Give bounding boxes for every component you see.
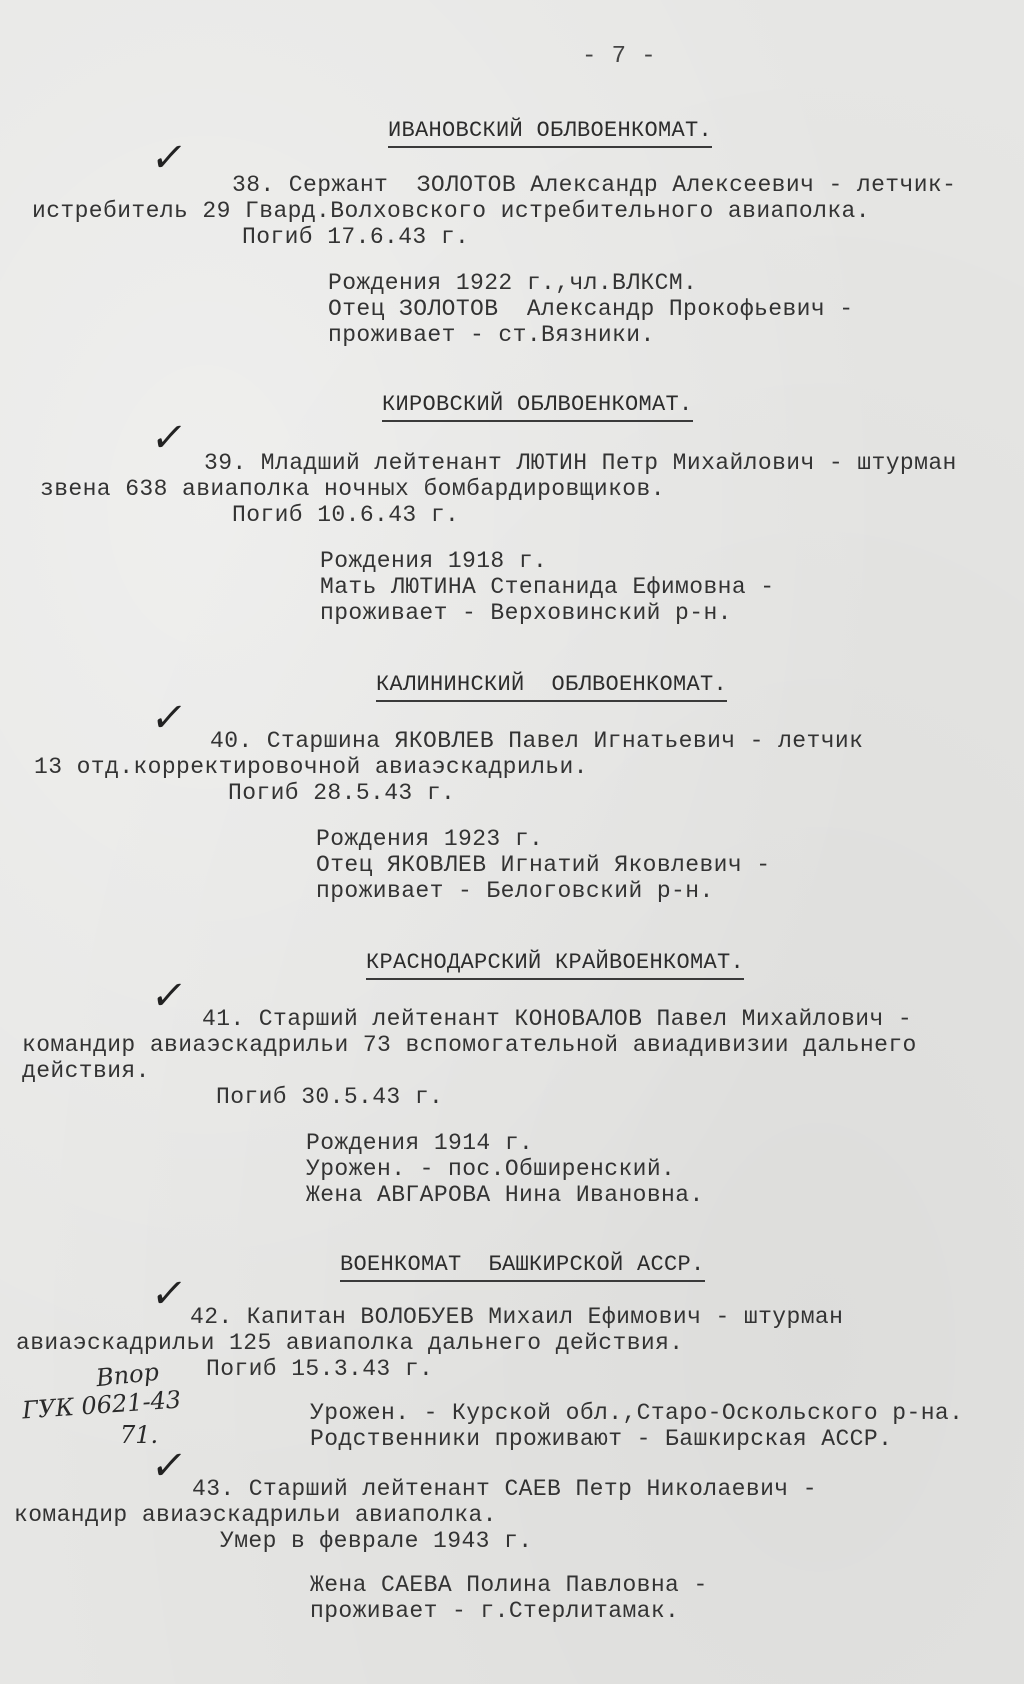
entry-38-line1: 38. Сержант ЗОЛОТОВ Александр Алексеевич… <box>232 172 956 198</box>
entry-38-detail-3: проживает - ст.Вязники. <box>328 322 655 348</box>
section-heading-kirov: КИРОВСКИЙ ОБЛВОЕНКОМАТ. <box>382 392 693 422</box>
entry-41-detail-2: Урожен. - пос.Обширенский. <box>306 1156 675 1182</box>
entry-41-line2b: действия. <box>22 1058 150 1084</box>
check-mark-icon: ✓ <box>148 976 189 1016</box>
entry-42-line1: 42. Капитан ВОЛОБУЕВ Михаил Ефимович - ш… <box>190 1304 843 1330</box>
entry-39-detail-2: Мать ЛЮТИНА Степанида Ефимовна - <box>320 574 774 600</box>
entry-41-line1: 41. Старший лейтенант КОНОВАЛОВ Павел Ми… <box>202 1006 912 1032</box>
entry-40-line1: 40. Старшина ЯКОВЛЕВ Павел Игнатьевич - … <box>210 728 863 754</box>
entry-39-death: Погиб 10.6.43 г. <box>232 502 459 528</box>
entry-43-detail-1: Жена САЕВА Полина Павловна - <box>310 1572 708 1598</box>
entry-39-detail-3: проживает - Верховинский р-н. <box>320 600 732 626</box>
entry-40-line2: 13 отд.корректировочной авиаэскадрильи. <box>34 754 588 780</box>
handwritten-note-line3: 71. <box>120 1422 158 1448</box>
entry-40-detail-2: Отец ЯКОВЛЕВ Игнатий Яковлевич - <box>316 852 770 878</box>
entry-43-line1: 43. Старший лейтенант САЕВ Петр Николаев… <box>192 1476 817 1502</box>
handwritten-note-line1: Впор <box>95 1359 160 1391</box>
entry-40-detail-3: проживает - Белоговский р-н. <box>316 878 714 904</box>
section-heading-bashkir: ВОЕНКОМАТ БАШКИРСКОЙ АССР. <box>340 1252 705 1282</box>
check-mark-icon: ✓ <box>148 418 189 458</box>
entry-41-detail-1: Рождения 1914 г. <box>306 1130 533 1156</box>
section-heading-krasnodar: КРАСНОДАРСКИЙ КРАЙВОЕНКОМАТ. <box>366 950 744 980</box>
entry-39-line1: 39. Младший лейтенант ЛЮТИН Петр Михайло… <box>204 450 957 476</box>
check-mark-icon: ✓ <box>148 1446 189 1486</box>
entry-38-line2: истребитель 29 Гвард.Волховского истреби… <box>32 198 870 224</box>
entry-40-death: Погиб 28.5.43 г. <box>228 780 455 806</box>
section-heading-kalinin: КАЛИНИНСКИЙ ОБЛВОЕНКОМАТ. <box>376 672 727 702</box>
entry-41-death: Погиб 30.5.43 г. <box>216 1084 443 1110</box>
check-mark-icon: ✓ <box>148 138 189 178</box>
entry-39-detail-1: Рождения 1918 г. <box>320 548 547 574</box>
entry-38-detail-2: Отец ЗОЛОТОВ Александр Прокофьевич - <box>328 296 853 322</box>
entry-38-death: Погиб 17.6.43 г. <box>242 224 469 250</box>
entry-41-detail-3: Жена АВГАРОВА Нина Ивановна. <box>306 1182 704 1208</box>
handwritten-note-line2: ГУК 0621-43 <box>21 1386 182 1423</box>
entry-43-death: Умер в феврале 1943 г. <box>220 1528 532 1554</box>
entry-40-detail-1: Рождения 1923 г. <box>316 826 543 852</box>
entry-42-line2: авиаэскадрильи 125 авиаполка дальнего де… <box>16 1330 684 1356</box>
document-page: - 7 - ИВАНОВСКИЙ ОБЛВОЕНКОМАТ. ✓ 38. Сер… <box>0 0 1024 1684</box>
entry-43-line2: командир авиаэскадрильи авиаполка. <box>14 1502 497 1528</box>
entry-41-line2: командир авиаэскадрильи 73 вспомогательн… <box>22 1032 917 1058</box>
entry-42-death: Погиб 15.3.43 г. <box>206 1356 433 1382</box>
section-heading-ivanovo: ИВАНОВСКИЙ ОБЛВОЕНКОМАТ. <box>388 118 712 148</box>
entry-38-detail-1: Рождения 1922 г.,чл.ВЛКСМ. <box>328 270 697 296</box>
entry-43-detail-2: проживает - г.Стерлитамак. <box>310 1598 679 1624</box>
entry-42-detail-2: Родственники проживают - Башкирская АССР… <box>310 1426 892 1452</box>
entry-39-line2: звена 638 авиаполка ночных бомбардировщи… <box>40 476 665 502</box>
check-mark-icon: ✓ <box>148 698 189 738</box>
entry-42-detail-1: Урожен. - Курской обл.,Старо-Оскольского… <box>310 1400 963 1426</box>
check-mark-icon: ✓ <box>148 1274 189 1314</box>
page-number: - 7 - <box>582 44 656 70</box>
